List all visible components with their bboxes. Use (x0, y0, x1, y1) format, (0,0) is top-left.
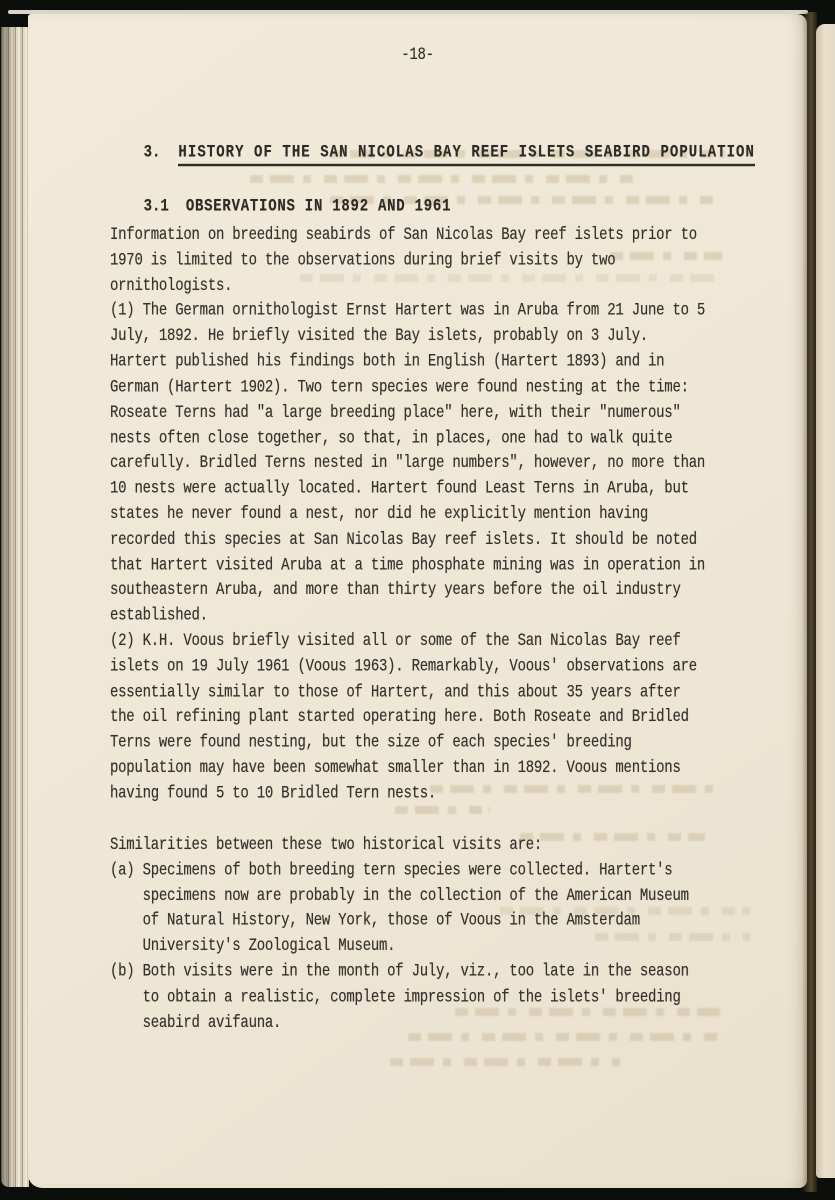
section-title: HISTORY OF THE SAN NICOLAS BAY REEF ISLE… (178, 143, 755, 166)
paragraph-similarities: Similarities between these two historica… (110, 833, 689, 1036)
next-page-edge (816, 24, 835, 1178)
book-page-stack-edge (1, 27, 29, 1187)
page-number: -18- (28, 43, 807, 68)
subsection-number: 3.1 (144, 197, 169, 217)
bleedthrough-line (395, 806, 490, 814)
paragraph-observations: Information on breeding seabirds of San … (110, 223, 705, 807)
bleedthrough-line (390, 1058, 620, 1066)
scan-background: -18- 3.HISTORY OF THE SAN NICOLAS BAY RE… (0, 0, 835, 1200)
subsection-title: OBSERVATIONS IN 1892 AND 1961 (186, 197, 451, 217)
gutter-shadow (802, 12, 817, 1192)
section-number: 3. (144, 143, 161, 163)
